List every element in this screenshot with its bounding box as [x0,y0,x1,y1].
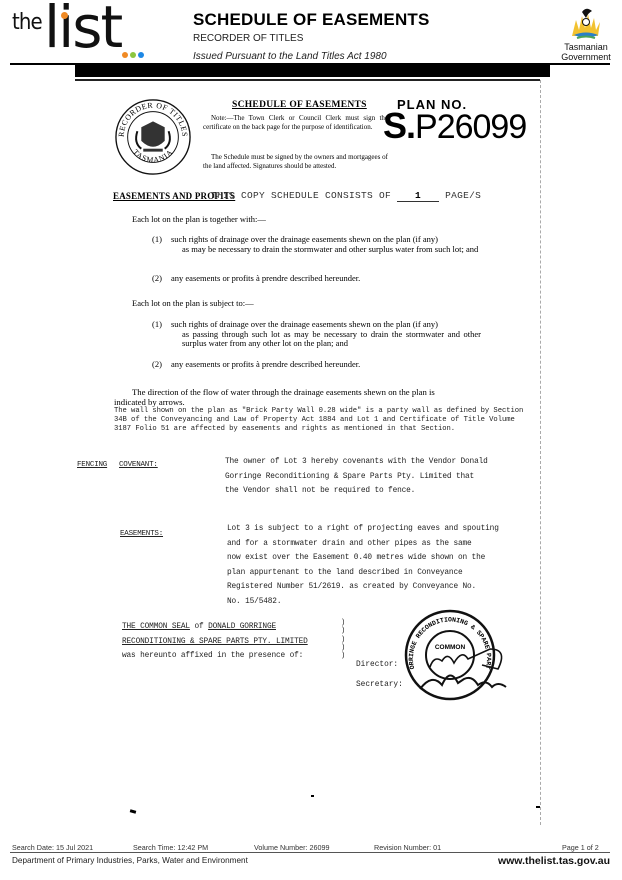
fencing-line: the Vendor shall not be required to fenc… [225,484,488,499]
footer-department: Department of Primary Industries, Parks,… [12,856,248,865]
footer-revision-number: Revision Number: 01 [374,843,441,852]
footer-page: Page 1 of 2 [562,843,599,852]
copy-text-post: PAGE/S [445,190,481,201]
easement-line: now exist over the Easement 0.40 metres … [227,551,499,566]
common-seal-clause: THE COMMON SEAL of DONALD GORRINGE RECON… [122,620,308,664]
recorder-of-titles-seal: RECORDER OF TITLES TASMANIA [114,98,192,176]
easements-text: Lot 3 is subject to a right of projectin… [227,522,499,610]
easement-line: Registered Number 51/2619. as created by… [227,580,499,595]
plan-number: S.P26099 [383,108,526,144]
seal-clause-line2: RECONDITIONING & SPARE PARTS PTY. LIMITE… [122,635,308,650]
svg-text:GORRINGE RECONDITIONING & SPAR: GORRINGE RECONDITIONING & SPARE PARTS [402,605,492,670]
drainage-direction-text: The direction of the flow of water throu… [114,387,444,407]
item-number: (1) [152,235,162,245]
scan-speck [536,806,540,808]
footer-search-time: Search Time: 12:42 PM [133,843,208,852]
braces: ) ) ) ) ) [341,619,345,660]
secretary-label: Secretary: [356,681,403,689]
subject-intro: Each lot on the plan is subject to:— [132,298,254,308]
secretary-signature [420,675,506,689]
director-label: Director: [356,661,398,669]
note-town-clerk: Note:—The Town Clerk or Council Clerk mu… [203,114,388,131]
fencing-label: FENCING [77,461,107,469]
item-text-first: any easements or profits à prendre descr… [171,274,481,284]
copy-pages: 1 [397,190,439,202]
fencing-covenant-text: The owner of Lot 3 hereby covenants with… [225,455,488,499]
scan-speck [311,795,314,797]
item-text-first: any easements or profits à prendre descr… [171,360,481,370]
note-signatures: The Schedule must be signed by the owner… [203,153,388,170]
stamp-center-text: COMMON [435,644,466,651]
item-number: (2) [152,360,162,370]
fencing-line: The owner of Lot 3 hereby covenants with… [225,455,488,470]
covenant-label: COVENANT: [119,461,158,469]
fencing-line: Gorringe Reconditioning & Spare Parts Pt… [225,470,488,485]
footer-search-date: Search Date: 15 Jul 2021 [12,843,93,852]
scan-speck [130,809,137,813]
seal-clause-line1: THE COMMON SEAL of DONALD GORRINGE [122,620,308,635]
item-text-rest: as may be necessary to drain the stormwa… [171,245,481,255]
easement-line: Lot 3 is subject to a right of projectin… [227,522,499,537]
item-number: (1) [152,320,162,330]
scanned-document: RECORDER OF TITLES TASMANIA SCHEDULE OF … [0,0,622,830]
together-intro: Each lot on the plan is together with:— [132,214,266,224]
easements-label: EASEMENTS: [120,530,163,538]
easement-line: plan appurtenant to the land described i… [227,566,499,581]
footer-rule [10,852,610,853]
stamp-ring-text: GORRINGE RECONDITIONING & SPARE PARTS [402,605,492,670]
copy-text-pre: THIS COPY SCHEDULE CONSISTS OF [211,190,391,201]
easement-line: and for a stormwater drain and other pip… [227,537,499,552]
plan-number-value: P26099 [415,108,526,146]
footer-volume-number: Volume Number: 26099 [254,843,330,852]
seal-clause-line3: was hereunto affixed in the presence of: [122,649,308,664]
copy-schedule-stamp: THIS COPY SCHEDULE CONSISTS OF 1 PAGE/S [211,190,481,202]
party-wall-text: The wall shown on the plan as "Brick Par… [114,407,534,434]
item-text-rest: as passing through such lot as may be ne… [171,330,481,349]
company-seal-stamp: GORRINGE RECONDITIONING & SPARE PARTS CO… [402,605,512,705]
footer-url[interactable]: www.thelist.tas.gov.au [498,855,610,867]
item-number: (2) [152,274,162,284]
schedule-title: SCHEDULE OF EASEMENTS [232,100,367,110]
